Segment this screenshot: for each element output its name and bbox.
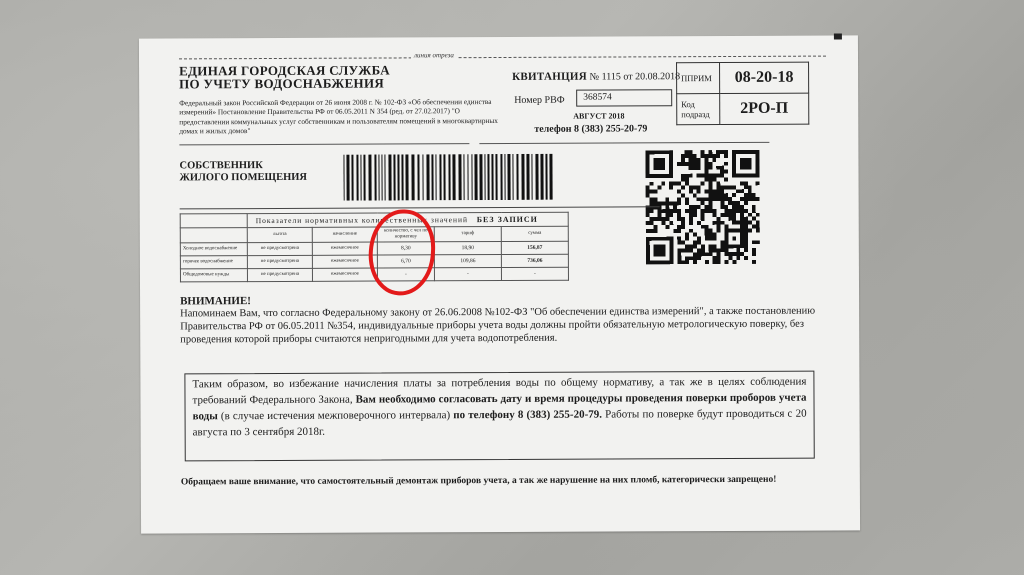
owner-label-line1: СОБСТВЕННИК — [179, 160, 307, 173]
owner-label: СОБСТВЕННИК ЖИЛОГО ПОМЕЩЕНИЯ — [179, 160, 307, 185]
qr-code-icon — [645, 150, 759, 264]
billing-month: АВГУСТ 2018 — [573, 111, 624, 120]
divider — [479, 142, 769, 144]
table-cell: ежемесячное — [312, 255, 377, 268]
receipt-number: № 1115 от 20.08.2018 — [589, 71, 680, 82]
attention-title: ВНИМАНИЕ! — [180, 295, 251, 307]
table-cell: не предусмотрена — [247, 255, 312, 268]
contact-phone: телефон 8 (383) 255-20-79 — [534, 123, 647, 134]
receipt-paper: линия отреза ЕДИНАЯ ГОРОДСКАЯ СЛУЖБА ПО … — [139, 35, 860, 533]
column-header: начисление — [312, 227, 377, 242]
barcode-icon — [343, 154, 553, 201]
table-cell: ежемесячное — [312, 268, 377, 281]
column-header: сумма — [501, 226, 568, 241]
rvf-label: Номер РВФ — [514, 95, 564, 106]
table-cell: 156,87 — [501, 241, 568, 254]
code-value: 08-20-18 — [720, 62, 809, 93]
attention-body: Напоминаем Вам, что согласно Федеральном… — [180, 305, 830, 347]
notice-box: Таким образом, во избежание начисления п… — [184, 371, 814, 462]
row-name: Холодное водоснабжение — [180, 243, 247, 256]
rvf-value: 368574 — [576, 89, 672, 106]
law-reference: Федеральный закон Российской Федерации о… — [179, 97, 499, 136]
receipt-header: КВИТАНЦИЯ № 1115 от 20.08.2018 — [512, 70, 680, 83]
receipt-title: КВИТАНЦИЯ — [512, 71, 587, 83]
cut-line-label: линия отреза — [411, 51, 457, 59]
caption-bold: БЕЗ ЗАПИСИ — [477, 214, 538, 223]
code-label: ППРИМ — [677, 63, 720, 94]
owner-label-line2: ЖИЛОГО ПОМЕЩЕНИЯ — [180, 172, 308, 185]
table-cell: не предусмотрена — [247, 242, 312, 255]
column-header: тариф — [434, 226, 501, 241]
empty-cell — [180, 228, 247, 243]
cut-line — [179, 56, 826, 60]
organization-title-line2: ПО УЧЕТУ ВОДОСНАБЖЕНИЯ — [179, 76, 390, 90]
table-cell: - — [434, 267, 501, 280]
table-cell: ежемесячное — [312, 242, 377, 255]
divider — [180, 206, 660, 209]
table-cell: не предусмотрена — [247, 268, 312, 281]
divider — [179, 143, 469, 145]
table-cell: - — [501, 267, 568, 280]
code-value: 2РО-П — [720, 93, 809, 124]
table-cell: 18,90 — [434, 241, 501, 254]
row-name: Общедомовые нужды — [180, 269, 247, 282]
table-cell: 736,06 — [501, 254, 568, 267]
caption-text: Показатели нормативных количественных зн… — [256, 215, 468, 225]
organization-title: ЕДИНАЯ ГОРОДСКАЯ СЛУЖБА ПО УЧЕТУ ВОДОСНА… — [179, 63, 390, 90]
code-label: Код подразд — [677, 94, 720, 125]
corner-mark — [834, 34, 842, 40]
codes-table: ППРИМ 08-20-18 Код подразд 2РО-П — [676, 62, 809, 126]
code-row: Код подразд 2РО-П — [677, 93, 809, 125]
table-cell: 109,86 — [434, 254, 501, 267]
notice-phone: по телефону 8 (383) 255-20-79. — [453, 409, 602, 422]
column-header: льгота — [247, 227, 312, 242]
code-row: ППРИМ 08-20-18 — [677, 62, 809, 94]
row-name: горячее водоснабжение — [180, 256, 247, 269]
warning-text: Обращаем ваше внимание, что самостоятель… — [181, 473, 821, 490]
notice-text: (в случае истечения межповерочного интер… — [218, 409, 454, 422]
empty-cell — [180, 214, 247, 228]
